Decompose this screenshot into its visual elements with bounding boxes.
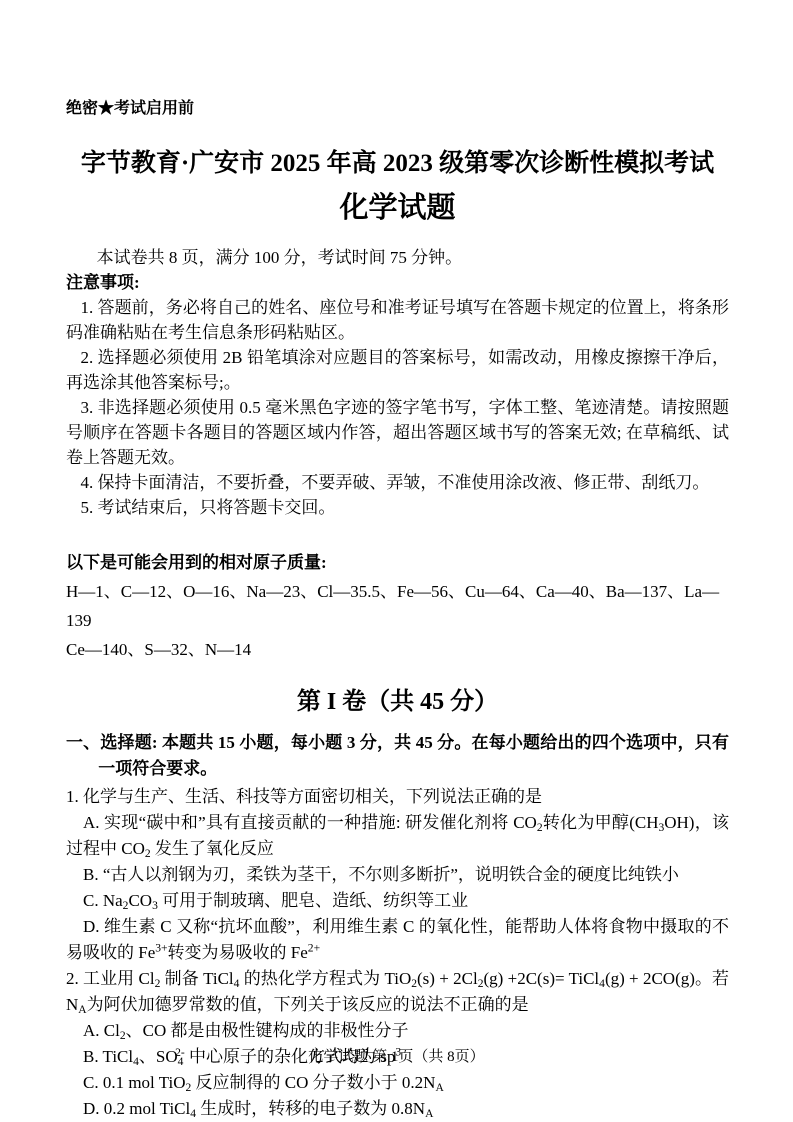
notice-item-1: 1. 答题前，务必将自己的姓名、座位号和准考证号填写在答题卡规定的位置上，将条形…: [66, 295, 729, 345]
page-footer: 化学试题 第 1页（共 8页）: [0, 1046, 793, 1068]
subject-title: 化学试题: [66, 189, 729, 227]
notice-item-3: 3. 非选择题必须使用 0.5 毫米黑色字迹的签字笔书写，字体工整、笔迹清楚。请…: [66, 395, 729, 470]
question-1-option-c: C. Na2CO3 可用于制玻璃、肥皂、造纸、纺织等工业: [66, 888, 729, 914]
question-1-option-a: A. 实现“碳中和”具有直接贡献的一种措施: 研发催化剂将 CO2转化为甲醇(C…: [66, 810, 729, 862]
notice-item-2: 2. 选择题必须使用 2B 铅笔填涂对应题目的答案标号，如需改动，用橡皮擦擦干净…: [66, 345, 729, 395]
atomic-mass-heading: 以下是可能会用到的相对原子质量:: [66, 548, 729, 577]
section-1-heading: 第 I 卷（共 45 分）: [66, 686, 729, 718]
question-2-option-d: D. 0.2 mol TiCl4 生成时，转移的电子数为 0.8NA: [66, 1096, 729, 1122]
question-1: 1. 化学与生产、生活、科技等方面密切相关，下列说法正确的是 A. 实现“碳中和…: [66, 784, 729, 966]
notice-heading: 注意事项:: [66, 270, 729, 295]
atomic-mass-line-1: H—1、C—12、O—16、Na—23、Cl—35.5、Fe—56、Cu—64、…: [66, 577, 729, 635]
paper-summary: 本试卷共 8 页，满分 100 分，考试时间 75 分钟。: [66, 245, 729, 270]
question-2-option-c: C. 0.1 mol TiO2 反应制得的 CO 分子数小于 0.2NA: [66, 1070, 729, 1096]
question-1-stem: 1. 化学与生产、生活、科技等方面密切相关，下列说法正确的是: [66, 784, 729, 810]
part-1-instruction: 一、选择题: 本题共 15 小题，每小题 3 分，共 45 分。在每小题给出的四…: [66, 730, 729, 782]
exam-title: 字节教育·广安市 2025 年高 2023 级第零次诊断性模拟考试: [66, 147, 729, 181]
atomic-mass-line-2: Ce—140、S—32、N—14: [66, 635, 729, 664]
question-1-option-b: B. “古人以剂钢为刃，柔铁为茎干，不尔则多断折”，说明铁合金的硬度比纯铁小: [66, 862, 729, 888]
classification-label: 绝密★考试启用前: [66, 96, 729, 121]
question-1-option-d: D. 维生素 C 又称“抗坏血酸”，利用维生素 C 的氧化性，能帮助人体将食物中…: [66, 914, 729, 966]
exam-paper-page: 绝密★考试启用前 字节教育·广安市 2025 年高 2023 级第零次诊断性模拟…: [0, 0, 793, 1122]
notice-item-4: 4. 保持卡面清洁，不要折叠，不要弄破、弄皱，不准使用涂改液、修正带、刮纸刀。: [66, 470, 729, 495]
question-2-option-a: A. Cl2、CO 都是由极性键构成的非极性分子: [66, 1018, 729, 1044]
question-2: 2. 工业用 Cl2 制备 TiCl4 的热化学方程式为 TiO2(s) + 2…: [66, 966, 729, 1122]
notice-item-5: 5. 考试结束后，只将答题卡交回。: [66, 495, 729, 520]
question-2-stem: 2. 工业用 Cl2 制备 TiCl4 的热化学方程式为 TiO2(s) + 2…: [66, 966, 729, 1018]
